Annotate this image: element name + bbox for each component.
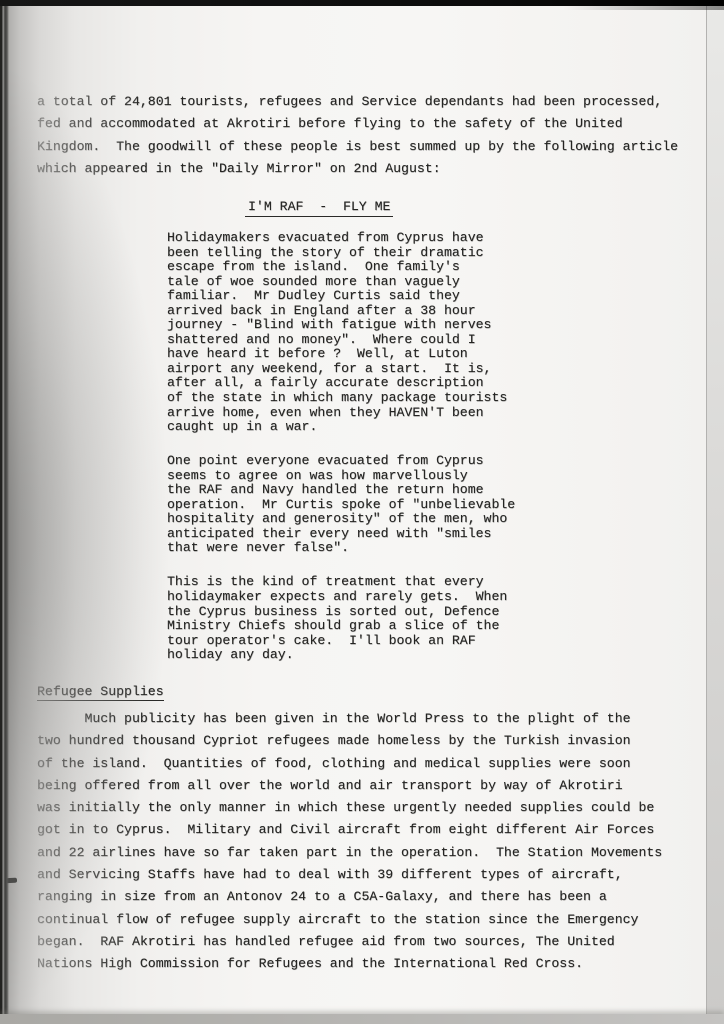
scan-left-edge xyxy=(0,0,9,1024)
scan-bottom-edge xyxy=(0,1014,724,1024)
intro-paragraph: a total of 24,801 tourists, refugees and… xyxy=(37,91,678,180)
section-paragraph: Much publicity has been given in the Wor… xyxy=(37,708,662,976)
scan-right-gap xyxy=(706,0,724,1024)
scan-top-edge xyxy=(0,0,724,6)
scanned-document: a total of 24,801 tourists, refugees and… xyxy=(0,0,724,1024)
article-paragraph: One point everyone evacuated from Cyprus… xyxy=(167,454,515,556)
article-paragraph: Holidaymakers evacuated from Cyprus have… xyxy=(167,231,515,435)
document-page: a total of 24,801 tourists, refugees and… xyxy=(0,0,707,1024)
article-body: Holidaymakers evacuated from Cyprus have… xyxy=(167,231,515,682)
section-title: Refugee Supplies xyxy=(37,684,164,701)
article-paragraph: This is the kind of treatment that every… xyxy=(167,575,515,662)
article-title: I'M RAF - FLY ME xyxy=(245,199,393,217)
